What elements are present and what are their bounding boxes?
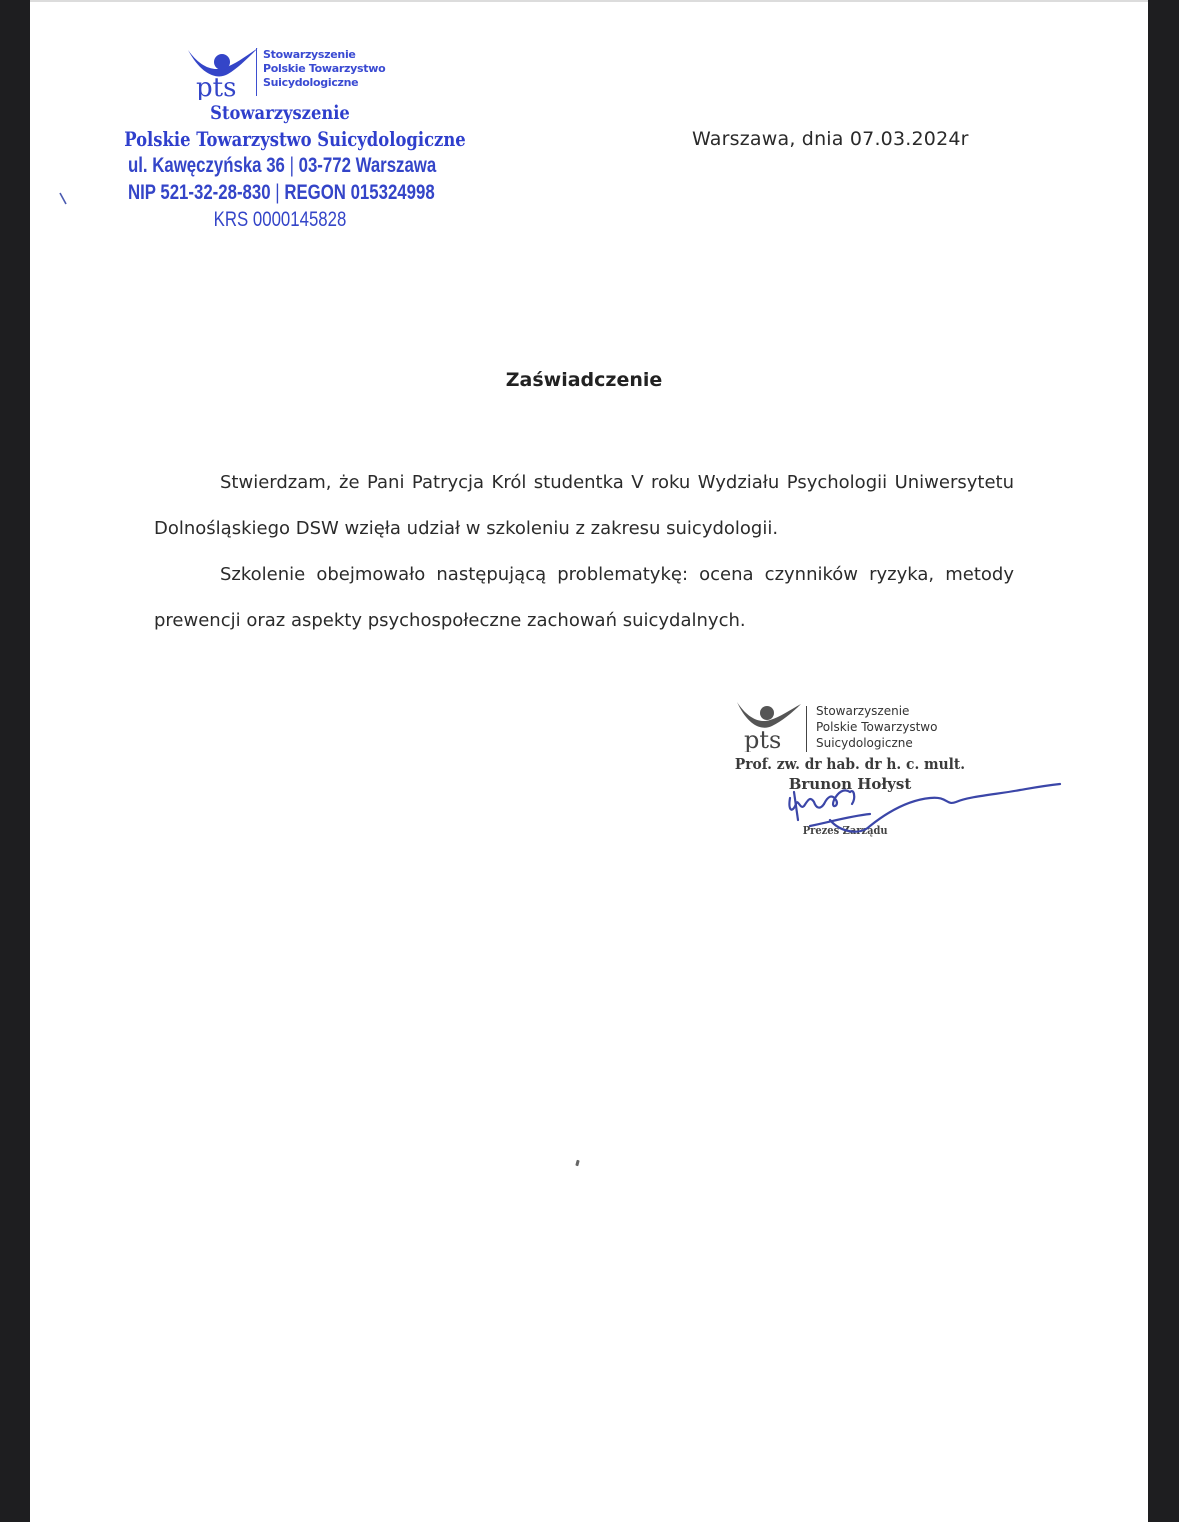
separator: | (290, 154, 294, 177)
stamp-small-line: Polskie Towarzystwo (263, 62, 385, 76)
document-body: Stwierdzam, że Pani Patrycja Król studen… (154, 460, 1014, 644)
organization-stamp: Stowarzyszenie Polskie Towarzystwo Suicy… (90, 100, 470, 233)
signature-logo-divider (806, 706, 807, 752)
logo-divider (256, 48, 257, 96)
handwritten-signature (770, 770, 1070, 850)
sig-small-line: Suicydologiczne (816, 735, 937, 751)
document-page: pts Stowarzyszenie Polskie Towarzystwo S… (30, 0, 1148, 1522)
stamp-small-line: Suicydologiczne (263, 76, 385, 90)
separator: | (275, 181, 279, 204)
address-street: ul. Kawęczyńska 36 (128, 154, 285, 177)
pts-logo-signature-icon: pts (734, 696, 804, 752)
org-registration: NIP 521-32-28-830 | REGON 015324998 (128, 179, 432, 206)
stray-ink-mark (58, 192, 68, 206)
stamp-small-line: Stowarzyszenie (263, 48, 385, 62)
nip-number: NIP 521-32-28-830 (128, 181, 271, 204)
krs-number: KRS 0000145828 (128, 206, 432, 233)
logo-text: pts (744, 726, 781, 752)
sig-small-line: Polskie Towarzystwo (816, 719, 937, 735)
paragraph-2: Szkolenie obejmowało następującą problem… (154, 552, 1014, 644)
sig-small-line: Stowarzyszenie (816, 703, 937, 719)
document-title: Zaświadczenie (30, 369, 1138, 391)
signature-org-name: Stowarzyszenie Polskie Towarzystwo Suicy… (816, 703, 937, 751)
logo-text: pts (196, 73, 236, 100)
regon-number: REGON 015324998 (284, 181, 434, 204)
date-line: Warszawa, dnia 07.03.2024r (692, 128, 969, 150)
org-address: ul. Kawęczyńska 36 | 03-772 Warszawa (128, 152, 432, 179)
address-city: 03-772 Warszawa (299, 154, 437, 177)
org-name-line1: Stowarzyszenie (117, 100, 444, 126)
paragraph-1: Stwierdzam, że Pani Patrycja Król studen… (154, 460, 1014, 552)
stamp-org-small: Stowarzyszenie Polskie Towarzystwo Suicy… (263, 48, 385, 90)
pts-logo-icon: pts (184, 42, 262, 100)
stray-dot-mark (575, 1160, 579, 1167)
org-name-line2: Polskie Towarzystwo Suicydologiczne (124, 126, 436, 152)
